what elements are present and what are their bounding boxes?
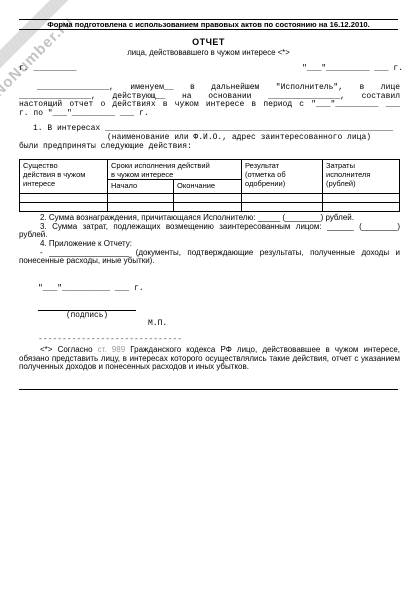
col-header-start: Начало (108, 180, 174, 194)
cell-empty (20, 203, 108, 212)
cell-empty (242, 203, 323, 212)
col-header-result: Результат (отметка об одобрении) (242, 160, 323, 194)
preamble-paragraph: _______________, именуем__ в дальнейшем … (19, 84, 400, 118)
prepared-notice: Форма подготовлена с использованием прав… (19, 20, 398, 29)
bottom-rule (19, 389, 398, 390)
cell-empty (108, 203, 174, 212)
signature-date-blank: "___"__________ ___ г. (38, 285, 144, 294)
table-row (20, 194, 400, 203)
city-blank: г. _________ (19, 65, 77, 74)
top-rule-lower (19, 29, 398, 30)
signature-line (38, 310, 136, 311)
footnote-prefix: <*> Согласно (40, 345, 98, 354)
table-row (20, 203, 400, 212)
law-reference-link[interactable]: ст. 989 (98, 345, 125, 354)
section4-item-line2: понесенные расходы, иные убытки). (19, 257, 400, 265)
seal-mark: М.П. (148, 320, 167, 329)
city-date-line: г. _________ "___"_________ ___ г. (19, 65, 403, 74)
cell-empty (242, 194, 323, 203)
actions-table: Существо действия в чужом интересе Сроки… (19, 159, 400, 212)
preamble-line: г. по "___"_________ ___ г. (19, 110, 400, 119)
cell-empty (323, 203, 400, 212)
cell-empty (174, 203, 242, 212)
col-header-essence: Существо действия в чужом интересе (20, 160, 108, 194)
col-header-costs: Затраты исполнителя (рублей) (323, 160, 400, 194)
section4-attachment: - __________________ (документы, подтвер… (19, 249, 400, 266)
section1-actions-intro: были предприняты следующие действия: (19, 143, 192, 152)
col-header-end: Окончание (174, 180, 242, 194)
section3-line1: 3. Сумма затрат, подлежащих возмещению з… (19, 223, 400, 231)
cell-empty (20, 194, 108, 203)
date-blank-top: "___"_________ ___ г. (302, 65, 403, 74)
document-page: NoNumber.ru Форма подготовлена с использ… (0, 0, 420, 600)
cell-empty (323, 194, 400, 203)
section3-costs: 3. Сумма затрат, подлежащих возмещению з… (19, 223, 400, 240)
cell-empty (108, 194, 174, 203)
footnote-separator: ------------------------------ (38, 336, 182, 345)
signature-caption: (подпись) (38, 312, 136, 321)
footnote: <*> Согласно ст. 989 Гражданского кодекс… (19, 346, 400, 372)
cell-empty (174, 194, 242, 203)
doc-subtitle: лица, действовавшего в чужом интересе <*… (19, 48, 398, 57)
doc-title: ОТЧЕТ (19, 37, 398, 47)
col-header-terms: Сроки исполнения действий в чужом интере… (108, 160, 242, 180)
